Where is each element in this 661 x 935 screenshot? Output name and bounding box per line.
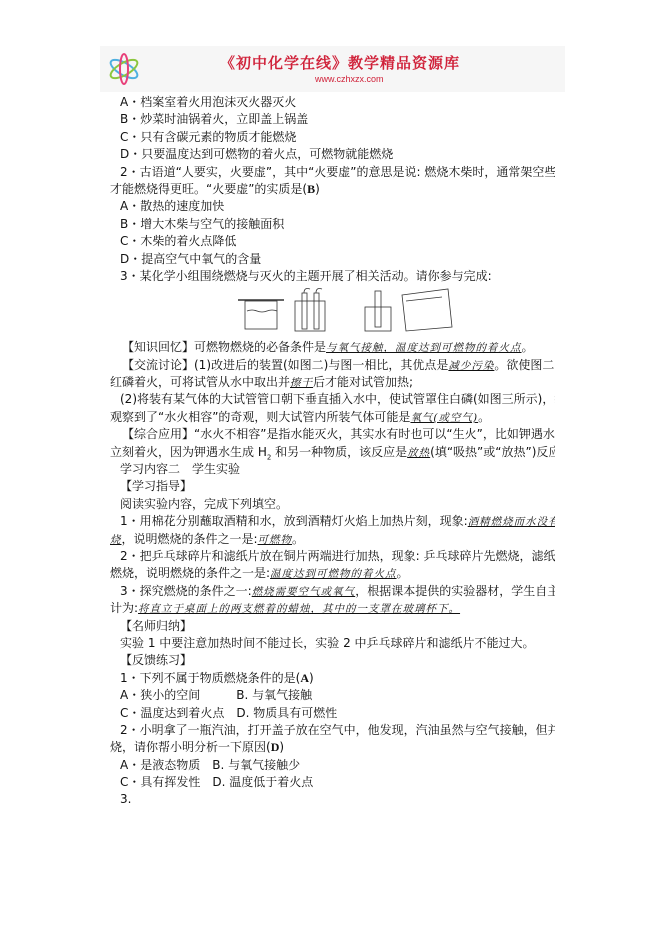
text: 。 [397,566,409,580]
feedback-q3: 3. [110,791,555,808]
text: 立刻着火，因为钾遇水生成 H [110,445,267,459]
text: 后才能对试管加热; [313,375,413,389]
section-heading: 【学习指导】 [110,478,555,495]
experiment-3: 3・探究燃烧的条件之一:燃烧需要空气或氧气，根据课本提供的实验器材，学生自主设 [110,583,555,600]
header-banner: 《初中化学在线》教学精品资源库 www.czhxzx.com [100,46,565,92]
apparatus-diagram-icon [220,287,460,337]
answer: 烧 [110,534,122,546]
experiment-figure [220,287,460,337]
banner-title: 《初中化学在线》教学精品资源库 [220,52,460,73]
text: 红磷着火，可将试管从水中取出并 [110,375,290,389]
option-line: A・档案室着火用泡沫灭火器灭火 [110,94,555,111]
text: 1・下列不属于物质燃烧条件的是( [120,671,300,685]
discussion-1: 【交流讨论】(1)改进后的装置(如图二)与图一相比，其优点是减少污染。欲使图二中… [110,357,555,374]
feedback-q2: 2・小明拿了一瓶汽油，打开盖子放在空气中，他发现，汽油虽然与空气接触，但并不燃 [110,722,555,739]
atom-logo-icon [106,52,142,86]
text: ) [279,740,284,754]
answer: 减少污染 [448,360,494,372]
text: 才能燃烧得更旺。“火要虚”的实质是( [110,182,307,196]
text: 。 [522,340,534,354]
option-line: C・温度达到着火点 D. 物质具有可燃性 [110,705,555,722]
option-line: C・只有含碳元素的物质才能燃烧 [110,129,555,146]
knowledge-recall: 【知识回忆】可燃物燃烧的必备条件是与氧气接触，温度达到可燃物的着火点。 [110,339,555,356]
answer: 将直立于桌面上的两支燃着的蜡烛，其中的一支罩在玻璃杯下。 [138,603,460,615]
answer: 擦干 [290,377,313,389]
section-heading: 【反馈练习】 [110,652,555,669]
question-3: 3・某化学小组围绕燃烧与灭火的主题开展了相关活动。请你参与完成: [110,268,555,285]
discussion-2-cont: 观察到了“水火相容”的奇观，则大试管内所装气体可能是氧气(或空气)。 [110,409,555,426]
option-line: A・狭小的空间 B. 与氧气接触 [110,687,555,704]
text: ) [309,671,314,685]
option-line: A・是液态物质 B. 与氧气接触少 [110,757,555,774]
option-line: D・只要温度达到可燃物的着火点，可燃物就能燃烧 [110,146,555,163]
answer: B [307,182,315,196]
experiment-1: 1・用棉花分别蘸取酒精和水，放到酒精灯火焰上加热片刻，现象:酒精燃烧而水没有燃 [110,513,555,530]
feedback-q1: 1・下列不属于物质燃烧条件的是(A) [110,670,555,687]
question-2-cont: 才能燃烧得更旺。“火要虚”的实质是(B) [110,181,555,198]
feedback-q2-cont: 烧，请你帮小明分析一下原因(D) [110,739,555,756]
text: 和另一种物质，该反应是 [271,445,407,459]
experiment-2: 2・把乒乓球碎片和滤纸片放在铜片两端进行加热，现象: 乒乓球碎片先燃烧，滤纸片后 [110,548,555,565]
text: 烧，请你帮小明分析一下原因( [110,740,271,754]
text: ，根据课本提供的实验器材，学生自主设 [355,584,555,598]
text: 燃烧，说明燃烧的条件之一是: [110,566,270,580]
text: ) [315,182,320,196]
option-line: B・增大木柴与空气的接触面积 [110,216,555,233]
answer: 温度达到可燃物的着火点 [270,568,397,580]
text: 。 [292,532,304,546]
question-2: 2・古语道“人要实，火要虚”，其中“火要虚”的意思是说: 燃烧木柴时，通常架空些… [110,164,555,181]
discussion-1-cont: 红磷着火，可将试管从水中取出并擦干后才能对试管加热; [110,374,555,391]
experiment-2-cont: 燃烧，说明燃烧的条件之一是:温度达到可燃物的着火点。 [110,565,555,582]
text: 【知识回忆】可燃物燃烧的必备条件是 [122,340,326,354]
text: 【交流讨论】(1)改进后的装置(如图二)与图一相比，其优点是 [122,358,448,372]
answer: 可燃物 [258,534,293,546]
answer: 氧气(或空气) [410,412,478,424]
summary-text: 实验 1 中要注意加热时间不能过长，实验 2 中乒乓球碎片和滤纸片不能过大。 [110,635,555,652]
option-line: B・炒菜时油锅着火，立即盖上锅盖 [110,111,555,128]
text: (填“吸热”或“放热”)反应。 [430,445,555,459]
application: 【综合应用】“水火不相容”是指水能灭火，其实水有时也可以“生火”，比如钾遇水会 [110,426,555,443]
text: 观察到了“水火相容”的奇观，则大试管内所装气体可能是 [110,410,410,424]
application-cont: 立刻着火，因为钾遇水生成 H2 和另一种物质，该反应是放热(填“吸热”或“放热”… [110,444,555,461]
text: 。欲使图二中的 [494,358,555,372]
section-heading: 学习内容二 学生实验 [110,461,555,478]
answer: 燃烧需要空气或氧气 [252,586,356,598]
answer: 与氧气接触，温度达到可燃物的着火点 [326,342,522,354]
text: 1・用棉花分别蘸取酒精和水，放到酒精灯火焰上加热片刻，现象: [120,514,468,528]
banner-url: www.czhxzx.com [315,74,384,84]
document-body: A・档案室着火用泡沫灭火器灭火 B・炒菜时油锅着火，立即盖上锅盖 C・只有含碳元… [110,94,555,809]
text: 。 [478,410,490,424]
instruction: 阅读实验内容，完成下列填空。 [110,496,555,513]
answer: 放热 [407,447,430,459]
option-line: D・提高空气中氧气的含量 [110,251,555,268]
text: 3・探究燃烧的条件之一: [120,584,252,598]
experiment-3-cont: 计为:将直立于桌面上的两支燃着的蜡烛，其中的一支罩在玻璃杯下。 [110,600,555,617]
discussion-2: (2)将装有某气体的大试管管口朝下垂直插入水中，使试管罩住白磷(如图三所示)，结… [110,391,555,408]
option-line: A・散热的速度加快 [110,198,555,215]
answer: 酒精燃烧而水没有燃 [468,516,555,528]
text: 计为: [110,601,138,615]
section-heading: 【名师归纳】 [110,618,555,635]
option-line: C・木柴的着火点降低 [110,233,555,250]
option-line: C・具有挥发性 D. 温度低于着火点 [110,774,555,791]
experiment-1-cont: 烧，说明燃烧的条件之一是:可燃物。 [110,531,555,548]
text: ，说明燃烧的条件之一是: [122,532,258,546]
answer: A [300,671,309,685]
